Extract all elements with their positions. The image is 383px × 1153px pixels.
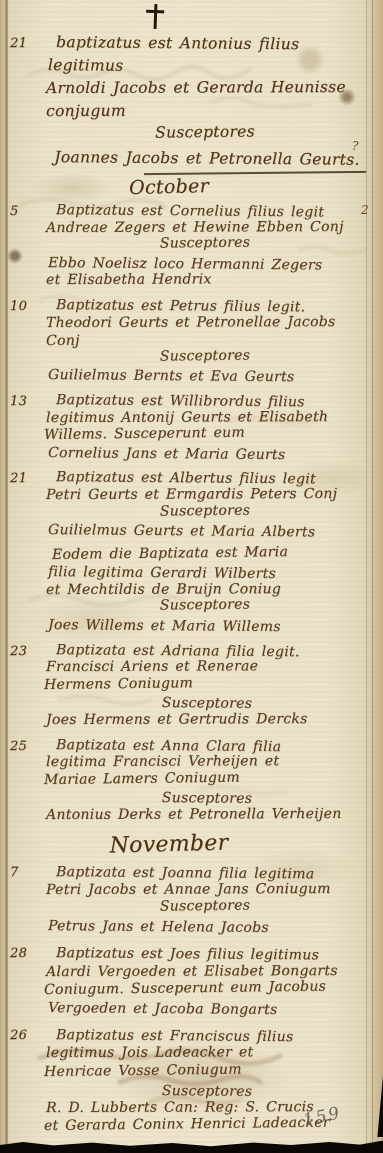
baptism-entry: 21baptizatus est Antonius filius legitim…: [8, 31, 366, 174]
baptism-entry: 25Baptizata est Anna Clara filialegitima…: [8, 737, 366, 825]
baptism-entry: 21Baptizatus est Albertus filius legitPe…: [8, 469, 366, 539]
month-section: October5Baptizatus est Cornelius filius …: [8, 176, 366, 825]
month-header: November: [8, 827, 331, 860]
cross-icon: [146, 4, 165, 30]
baptism-entry: 23Baptizata est Adriana filia legit.Fran…: [8, 642, 366, 730]
susceptores-line: Susceptores: [44, 501, 366, 523]
susceptores-line: Susceptores: [44, 119, 366, 146]
binding-edge: [0, 0, 7, 1153]
margin-mark: ?: [352, 139, 358, 153]
susceptores-line: Susceptores: [44, 596, 366, 618]
manuscript-page-scan: 21baptizatus est Antonius filius legitim…: [0, 0, 383, 1153]
page-edge-right-outer: [372, 0, 373, 1153]
page-edge-right: [366, 0, 367, 1153]
entry-line: Antonius Derks et Petronella Verheijen: [46, 806, 366, 825]
entry-line: Mariae Lamers Coniugum: [44, 768, 366, 790]
entry-line: Henricae Vosse Coniugum: [44, 1059, 366, 1081]
register-entries: 21baptizatus est Antonius filius legitim…: [8, 31, 366, 1144]
baptism-entry: 10Baptizatus est Petrus filius legit.The…: [8, 297, 366, 385]
entry-line: Joes Hermens et Gertrudis Dercks: [46, 711, 366, 730]
entry-day-number: 13: [10, 393, 27, 411]
entry-line: Arnoldi Jacobs et Gerarda Heunisse conju…: [46, 76, 366, 123]
entry-day-number: 10: [10, 298, 27, 316]
baptism-entry: 7Baptizata est Joanna filia legitimaPetr…: [8, 863, 366, 936]
month-header: October: [8, 172, 330, 202]
entry-line: Petrus Jans et Helena Jacobs: [48, 917, 366, 938]
susceptores-line: Susceptores: [44, 895, 366, 917]
susceptores-line: Susceptores: [44, 346, 366, 368]
entry-line: Guilielmus Geurts et Maria Alberts: [48, 522, 366, 542]
baptism-entry: 5Baptizatus est Cornelius filius legitAn…: [8, 202, 366, 290]
baptism-entry: Eodem die Baptizata est Mariafilia legit…: [8, 547, 366, 635]
entry-day-number: 25: [10, 738, 27, 756]
entry-day-number: 28: [10, 945, 27, 963]
susceptores-line: Susceptores: [44, 233, 366, 255]
margin-mark: 2: [361, 203, 369, 217]
entry-line: Hermens Coniugum: [44, 673, 366, 695]
entry-day-number: 5: [10, 203, 19, 221]
entry-day-number: 21: [10, 470, 27, 488]
entry-line: Cornelius Jans et Maria Geurts: [48, 445, 366, 465]
entry-line: Joannes Jacobs et Petronella Geurts.: [48, 146, 366, 172]
entry-line: et Elisabetha Hendrix: [46, 271, 366, 290]
entry-day-number: 23: [10, 643, 27, 661]
entry-line: Guilielmus Bernts et Eva Geurts: [48, 367, 366, 387]
entry-line: Willems. Susceperunt eum: [44, 423, 366, 445]
entry-day-number: 7: [10, 864, 19, 882]
entry-line: baptizatus est Antonius filius legitimus: [48, 31, 366, 80]
scan-background-corner: [375, 1075, 383, 1137]
entry-line: Joes Willems et Maria Willems: [48, 617, 366, 637]
baptism-entry: 28Baptizatus est Joes filius legitimusAl…: [8, 944, 366, 1017]
entry-line: Coniugum. Susceperunt eum Jacobus: [44, 977, 366, 999]
entry-day-number: 26: [10, 1027, 27, 1045]
entry-line: Theodori Geurts et Petronellae Jacobs Co…: [46, 313, 366, 349]
month-section: November7Baptizata est Joanna filia legi…: [8, 832, 366, 1136]
entry-line: Eodem die Baptizata est Maria: [44, 543, 366, 565]
baptism-entry: 13Baptizatus est Willibrordus filiuslegi…: [8, 392, 366, 462]
entry-line: Vergoeden et Jacoba Bongarts: [48, 999, 366, 1020]
entry-day-number: 21: [10, 32, 27, 55]
month-section: 21baptizatus est Antonius filius legitim…: [8, 31, 366, 174]
